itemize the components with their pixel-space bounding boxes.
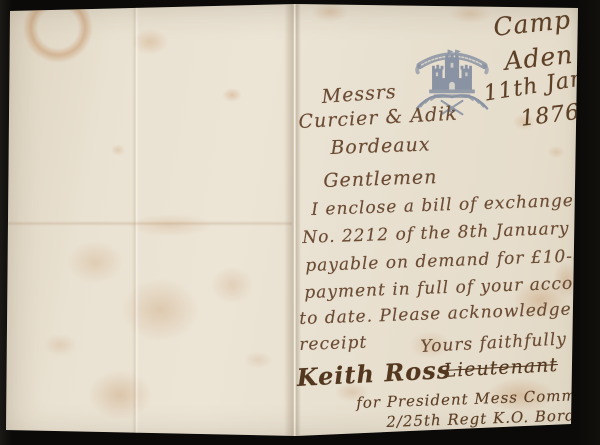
body-line-6: receipt bbox=[299, 333, 368, 355]
recipient-city: Bordeaux bbox=[330, 134, 431, 159]
salutation: Gentlemen bbox=[323, 166, 438, 192]
letter-paper: Camp Aden 11th Jany 1876 Messrs Curcier … bbox=[0, 0, 600, 445]
letter-photograph: Camp Aden 11th Jany 1876 Messrs Curcier … bbox=[0, 0, 600, 445]
